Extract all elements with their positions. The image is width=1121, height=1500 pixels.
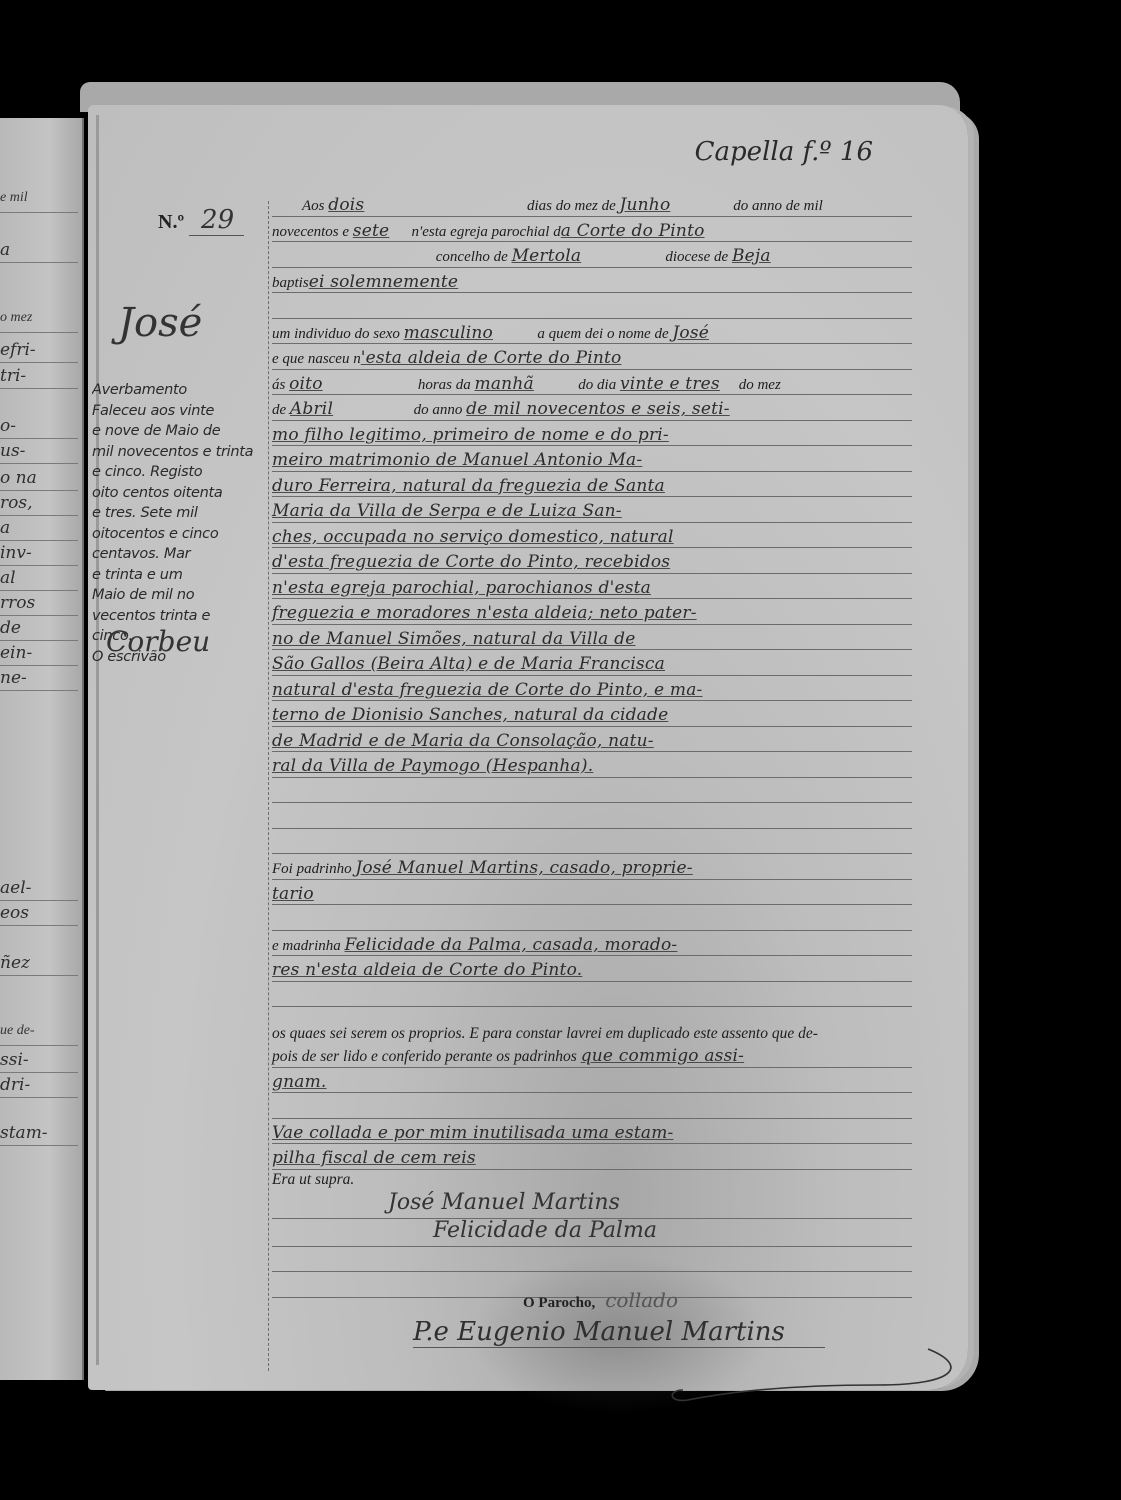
left-page-rule — [0, 690, 78, 691]
left-page-rule — [0, 925, 78, 926]
printed-text: do mez — [735, 377, 781, 393]
handwritten-text: vinte e tres — [620, 370, 735, 398]
closing-line-2: pois de ser lido e conferido perante os … — [272, 1042, 912, 1068]
left-page-fragment: ne- — [0, 668, 27, 688]
handwritten-text: a Corte do Pinto — [561, 217, 821, 245]
parocho-line: O Parocho, collado — [523, 1288, 678, 1312]
margin-note-line: centavos. Mar — [92, 544, 267, 565]
handwritten-text: meiro matrimonio de Manuel Antonio Ma- — [272, 446, 912, 474]
entry-line: mo filho legitimo, primeiro de nome e do… — [272, 421, 912, 447]
printed-text: Aos — [272, 198, 328, 214]
entry-line: terno de Dionisio Sanches, natural da ci… — [272, 701, 912, 727]
entry-line: e que nasceu n'esta aldeia de Corte do P… — [272, 344, 912, 370]
printed-text: de — [272, 402, 290, 418]
left-page-fragment: us- — [0, 441, 25, 461]
entry-line: de Abril do anno de mil novecentos e sei… — [272, 395, 912, 421]
handwritten-text: Beja — [732, 242, 832, 270]
entry-line: d'esta freguezia de Corte do Pinto, rece… — [272, 548, 912, 574]
printed-text: dias do mez de — [523, 198, 619, 214]
entry-line: res n'esta aldeia de Corte do Pinto. — [272, 956, 912, 982]
left-page-rule — [0, 975, 78, 976]
register-page: Capella f.º 16 N.º 29 José AverbamentoFa… — [88, 105, 968, 1390]
handwritten-text: dois — [328, 191, 523, 219]
handwritten-text: José Manuel Martins, casado, proprie- — [355, 854, 895, 882]
entry-line: Maria da Villa de Serpa e de Luiza San- — [272, 497, 912, 523]
left-page-rule — [0, 332, 78, 333]
margin-note-line: Maio de mil no — [92, 585, 267, 606]
left-page-fragment: stam- — [0, 1123, 48, 1143]
margin-note-line: Faleceu aos vinte — [92, 401, 267, 422]
stamp-note-line-2: pilha fiscal de cem reis — [272, 1144, 912, 1170]
handwritten-text: manhã — [475, 370, 575, 398]
parocho-title: collado — [605, 1288, 678, 1312]
handwritten-text: ches, occupada no serviço domestico, nat… — [272, 523, 912, 551]
left-page-rule — [0, 640, 78, 641]
stamp-note-text-2: pilha fiscal de cem reis — [272, 1148, 476, 1168]
margin-note-line: oito centos oitenta — [92, 483, 267, 504]
left-page-rule — [0, 262, 78, 263]
folio-number: Capella f.º 16 — [695, 137, 873, 167]
handwritten-text: Mertola — [512, 242, 662, 270]
closing-printed-text-2: pois de ser lido e conferido perante os … — [272, 1048, 581, 1065]
closing-handwritten-text-3: gnam. — [272, 1072, 327, 1092]
handwritten-text: Junho — [620, 191, 730, 219]
entry-line: freguezia e moradores n'esta aldeia; net… — [272, 599, 912, 625]
margin-note-line: mil novecentos e trinta — [92, 442, 267, 463]
handwritten-text: José — [672, 319, 772, 347]
entry-line: São Gallos (Beira Alta) e de Maria Franc… — [272, 650, 912, 676]
left-page-fragment: ue de- — [0, 1023, 35, 1039]
entry-line: ches, occupada no serviço domestico, nat… — [272, 523, 912, 549]
left-page-rule — [0, 540, 78, 541]
closing-line-3: gnam. — [272, 1068, 912, 1094]
left-facing-page: e milao mezefri-tri-o-us-o naros,ainv-al… — [0, 118, 84, 1380]
entry-line: baptisei solemnemente — [272, 268, 912, 294]
entry-line: duro Ferreira, natural da freguezia de S… — [272, 472, 912, 498]
margin-annotation: AverbamentoFaleceu aos vintee nove de Ma… — [92, 380, 267, 667]
entry-line: e madrinha Felicidade da Palma, casada, … — [272, 931, 912, 957]
entry-line: de Madrid e de Maria da Consolação, natu… — [272, 727, 912, 753]
handwritten-text: de mil novecentos e seis, seti- — [466, 395, 796, 423]
entry-line: tario — [272, 880, 912, 906]
left-page-rule — [0, 1097, 78, 1098]
left-page-fragment: dri- — [0, 1075, 30, 1095]
printed-text: novecentos e — [272, 224, 353, 240]
left-page-fragment: ñez — [0, 953, 30, 973]
handwritten-text: ral da Villa de Paymogo (Hespanha). — [272, 752, 912, 780]
entry-line — [272, 829, 912, 855]
left-page-fragment: e mil — [0, 190, 28, 206]
printed-text: e madrinha — [272, 938, 345, 954]
printed-text: diocese de — [662, 249, 732, 265]
left-page-fragment: ssi- — [0, 1050, 29, 1070]
left-page-fragment: ros, — [0, 493, 33, 513]
printed-text: baptis — [272, 275, 309, 291]
handwritten-text: freguezia e moradores n'esta aldeia; net… — [272, 599, 912, 627]
left-page-fragment: rros — [0, 593, 35, 613]
printed-text: Foi padrinho — [272, 861, 355, 877]
entry-line — [272, 778, 912, 804]
entry-line — [272, 982, 912, 1008]
left-page-rule — [0, 565, 78, 566]
handwritten-text: Maria da Villa de Serpa e de Luiza San- — [272, 497, 912, 525]
entry-line — [272, 803, 912, 829]
left-page-rule — [0, 615, 78, 616]
left-page-fragment: o mez — [0, 310, 32, 326]
left-page-rule — [0, 463, 78, 464]
handwritten-text: d'esta freguezia de Corte do Pinto, rece… — [272, 548, 912, 576]
entry-line: ral da Villa de Paymogo (Hespanha). — [272, 752, 912, 778]
left-page-rule — [0, 212, 78, 213]
entry-line: Foi padrinho José Manuel Martins, casado… — [272, 854, 912, 880]
handwritten-text: n'esta egreja parochial, parochianos d'e… — [272, 574, 912, 602]
left-page-rule — [0, 1145, 78, 1146]
handwritten-text: ei solemnemente — [309, 268, 559, 296]
margin-note-line: e nove de Maio de — [92, 421, 267, 442]
left-page-fragment: inv- — [0, 543, 32, 563]
closing-handwritten-text-2: que commigo assi- — [581, 1046, 744, 1066]
entry-number-value: 29 — [189, 205, 244, 236]
left-page-rule — [0, 490, 78, 491]
left-page-rule — [0, 388, 78, 389]
handwritten-text: tario — [272, 880, 912, 908]
godmother-signature: Felicidade da Palma — [433, 1218, 657, 1243]
handwritten-text: duro Ferreira, natural da freguezia de S… — [272, 472, 912, 500]
entry-line: um individuo do sexo masculino a quem de… — [272, 319, 912, 345]
left-page-fragment: a — [0, 240, 10, 260]
stamp-note-line-1: Vae collada e por mim inutilisada uma es… — [272, 1119, 912, 1145]
handwritten-text: Abril — [290, 395, 410, 423]
margin-note-line: oitocentos e cinco — [92, 524, 267, 545]
handwritten-text: masculino — [404, 319, 534, 347]
left-page-rule — [0, 438, 78, 439]
margin-rule — [268, 201, 269, 1371]
parocho-label: O Parocho, — [523, 1295, 595, 1311]
handwritten-text: res n'esta aldeia de Corte do Pinto. — [272, 956, 912, 984]
closing-line-1: os quaes sei serem os proprios. E para c… — [272, 1020, 912, 1042]
printed-text: e que nasceu n — [272, 351, 361, 367]
handwritten-text: no de Manuel Simões, natural da Villa de — [272, 625, 912, 653]
left-page-fragment: eos — [0, 903, 29, 923]
handwritten-text: oito — [289, 370, 414, 398]
stamp-note-text-1: Vae collada e por mim inutilisada uma es… — [272, 1123, 673, 1143]
printed-text: ás — [272, 377, 289, 393]
handwritten-text: Felicidade da Palma, casada, morado- — [345, 931, 895, 959]
closing-line-gap — [272, 1093, 912, 1119]
margin-note-line: e cinco. Registo — [92, 462, 267, 483]
closing-block: os quaes sei serem os proprios. E para c… — [272, 1020, 912, 1190]
entry-body: Aos dois dias do mez de Junho do anno de… — [272, 191, 912, 1007]
printed-text: n'esta egreja parochial d — [408, 224, 561, 240]
entry-line: concelho de Mertola diocese de Beja — [272, 242, 912, 268]
entry-line: natural d'esta freguezia de Corte do Pin… — [272, 676, 912, 702]
era-ut-supra-line: Era ut supra. — [272, 1170, 912, 1190]
left-page-fragment: al — [0, 568, 16, 588]
left-page-rule — [0, 900, 78, 901]
printed-text: do anno — [410, 402, 466, 418]
handwritten-text: sete — [353, 217, 408, 245]
margin-note-line: e tres. Sete mil — [92, 503, 267, 524]
entry-line: no de Manuel Simões, natural da Villa de — [272, 625, 912, 651]
handwritten-text: São Gallos (Beira Alta) e de Maria Franc… — [272, 650, 912, 678]
left-page-fragment: efri- — [0, 340, 36, 360]
left-page-fragment: ein- — [0, 643, 32, 663]
signature-flourish-icon — [628, 1345, 958, 1405]
left-page-rule — [0, 362, 78, 363]
printed-text: do dia — [575, 377, 620, 393]
printed-text: um individuo do sexo — [272, 326, 404, 342]
entry-line: meiro matrimonio de Manuel Antonio Ma- — [272, 446, 912, 472]
handwritten-text: 'esta aldeia de Corte do Pinto — [361, 344, 841, 372]
binding-edge — [96, 115, 99, 1365]
printed-text: do anno de mil — [730, 198, 823, 214]
margin-note-line: e trinta e um — [92, 565, 267, 586]
printed-text: a quem dei o nome de — [534, 326, 673, 342]
entry-number: N.º 29 — [158, 205, 244, 235]
printed-text: concelho de — [432, 249, 512, 265]
handwritten-text: mo filho legitimo, primeiro de nome e do… — [272, 421, 912, 449]
sig-rule — [272, 1271, 912, 1272]
sig-rule — [272, 1246, 912, 1247]
godfather-signature: José Manuel Martins — [388, 1190, 620, 1215]
handwritten-text: de Madrid e de Maria da Consolação, natu… — [272, 727, 912, 755]
left-page-rule — [0, 1045, 78, 1046]
entry-line — [272, 905, 912, 931]
left-page-rule — [0, 1072, 78, 1073]
left-page-fragment: tri- — [0, 366, 26, 386]
priest-signature: P.e Eugenio Manuel Martins — [413, 1317, 825, 1348]
left-page-fragment: ael- — [0, 878, 31, 898]
left-page-fragment: o- — [0, 416, 16, 436]
margin-note-line: vecentos trinta e — [92, 606, 267, 627]
printed-text: horas da — [414, 377, 474, 393]
margin-note-line: Averbamento — [92, 380, 267, 401]
left-page-rule — [0, 665, 78, 666]
entry-line: novecentos e sete n'esta egreja parochia… — [272, 217, 912, 243]
handwritten-text: terno de Dionisio Sanches, natural da ci… — [272, 701, 912, 729]
left-page-fragment: de — [0, 618, 21, 638]
left-page-rule — [0, 515, 78, 516]
margin-baptized-name: José — [118, 300, 202, 346]
entry-line: Aos dois dias do mez de Junho do anno de… — [272, 191, 912, 217]
left-page-fragment: o na — [0, 468, 37, 488]
handwritten-text: natural d'esta freguezia de Corte do Pin… — [272, 676, 912, 704]
entry-number-label: N.º — [158, 211, 184, 233]
era-ut-supra: Era ut supra. — [272, 1171, 354, 1188]
left-page-rule — [0, 590, 78, 591]
entry-line: n'esta egreja parochial, parochianos d'e… — [272, 574, 912, 600]
left-page-fragment: a — [0, 518, 10, 538]
margin-signature: Corbeu — [106, 625, 210, 658]
closing-printed-text-1: os quaes sei serem os proprios. E para c… — [272, 1025, 818, 1042]
entry-line — [272, 293, 912, 319]
entry-line: ás oito horas da manhã do dia vinte e tr… — [272, 370, 912, 396]
